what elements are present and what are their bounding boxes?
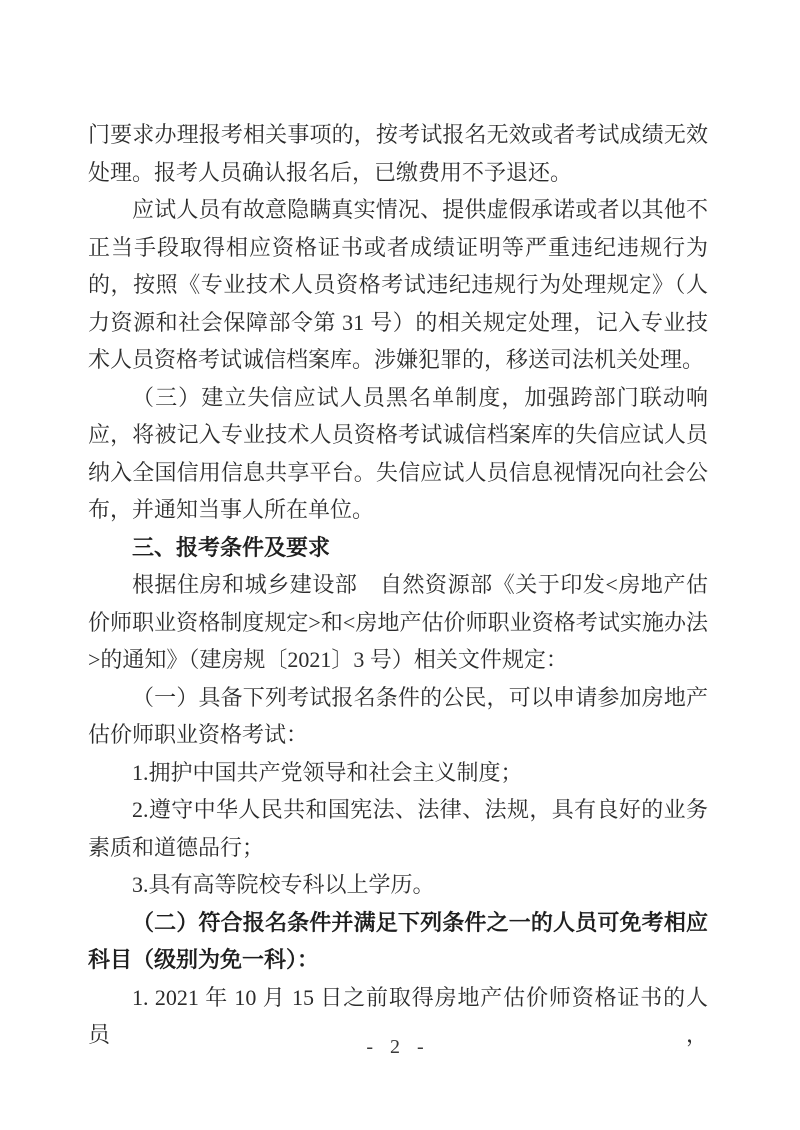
para-cheating-penalty: 应试人员有故意隐瞒真实情况、提供虚假承诺或者以其他不正当手段取得相应资格证书或者… [88,191,708,379]
document-body: 门要求办理报考相关事项的，按考试报名无效或者考试成绩无效处理。报考人员确认报名后… [88,116,708,1054]
page-number: - 2 - [88,1036,708,1059]
para-regulation-basis: 根据住房和城乡建设部 自然资源部《关于印发<房地产估价师职业资格制度规定>和<房… [88,566,708,679]
heading-exemption-clause: （二）符合报名条件并满足下列条件之一的人员可免考相应科目（级别为免一科）： [88,904,708,979]
para-continuation-invalid-registration: 门要求办理报考相关事项的，按考试报名无效或者考试成绩无效处理。报考人员确认报名后… [88,116,708,191]
para-eligibility-intro: （一）具备下列考试报名条件的公民，可以申请参加房地产估价师职业资格考试： [88,679,708,754]
para-blacklist-system: （三）建立失信应试人员黑名单制度，加强跨部门联动响应，将被记入专业技术人员资格考… [88,379,708,529]
document-page: 门要求办理报考相关事项的，按考试报名无效或者考试成绩无效处理。报考人员确认报名后… [0,0,800,1130]
para-eligibility-item-3: 3.具有高等院校专科以上学历。 [88,866,708,904]
heading-section-three-requirements: 三、报考条件及要求 [88,529,708,567]
para-eligibility-item-1: 1.拥护中国共产党领导和社会主义制度； [88,754,708,792]
para-eligibility-item-2: 2.遵守中华人民共和国宪法、法律、法规，具有良好的业务素质和道德品行； [88,791,708,866]
